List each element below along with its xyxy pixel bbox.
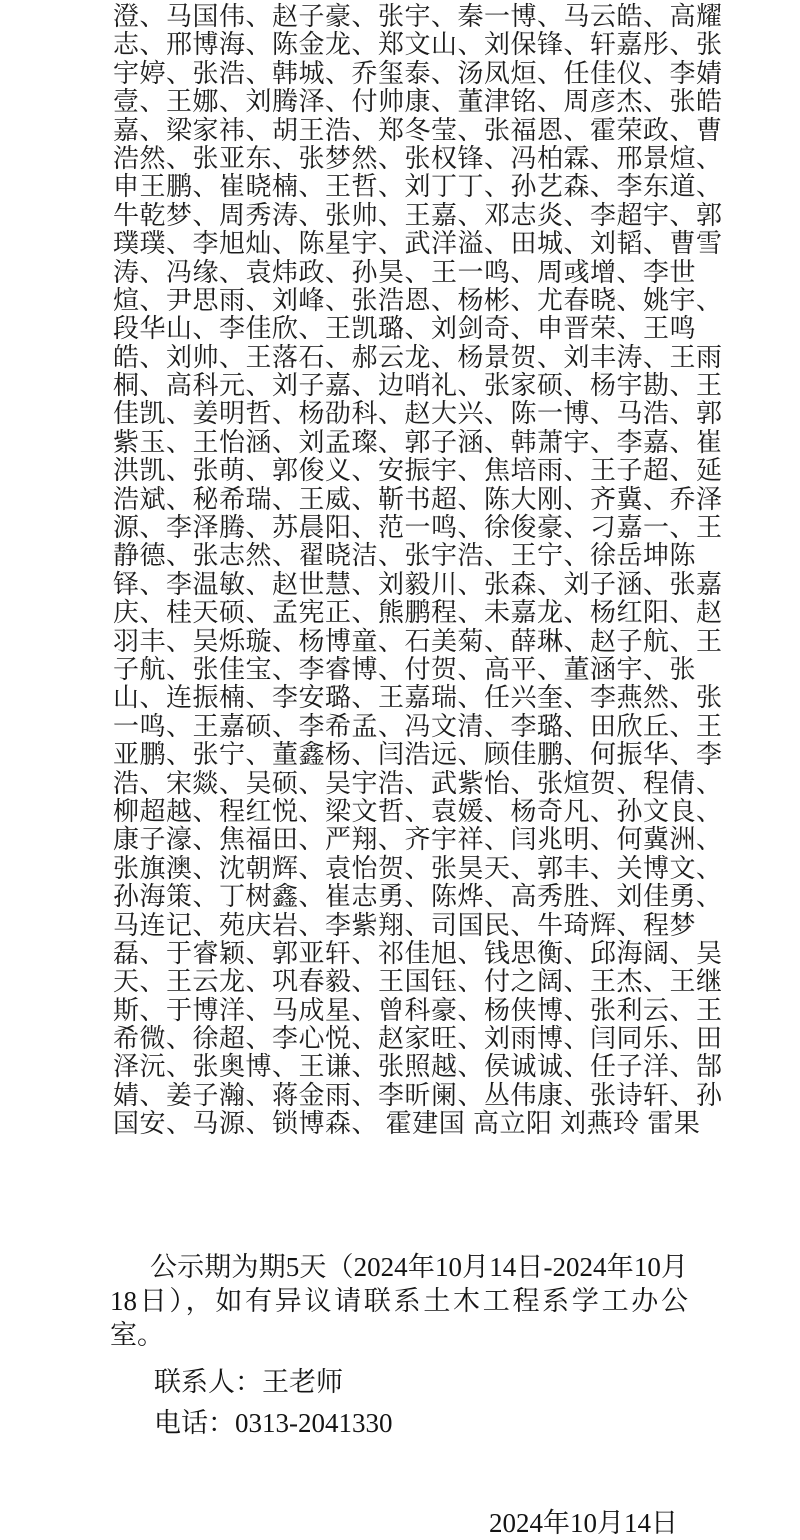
name-line: 静德、张志然、翟晓洁、张宇浩、王宁、徐岳坤陈 [113,541,685,569]
footer-date: 2024年10月14日 [113,1501,678,1540]
name-line: 浩然、张亚东、张梦然、张权锋、冯柏霖、邢景煊、 [113,144,685,172]
name-line: 孙海策、丁树鑫、崔志勇、陈烨、高秀胜、刘佳勇、 [113,882,685,910]
name-line: 柳超越、程红悦、梁文哲、袁媛、杨奇凡、孙文良、 [113,797,685,825]
name-line: 澄、马国伟、赵子豪、张宇、秦一博、马云皓、高耀 [113,2,685,30]
name-line: 源、李泽腾、苏晨阳、范一鸣、徐俊豪、刁嘉一、王 [113,513,685,541]
name-line: 山、连振楠、李安璐、王嘉瑞、任兴奎、李燕然、张 [113,683,685,711]
name-line: 桐、高科元、刘子嘉、边哨礼、张家硕、杨宇勘、王 [113,371,685,399]
name-line: 希微、徐超、李心悦、赵家旺、刘雨博、闫同乐、田 [113,1024,685,1052]
name-line: 铎、李温敏、赵世慧、刘毅川、张森、刘子涵、张嘉 [113,570,685,598]
name-line: 嘉、梁家祎、胡王浩、郑冬莹、张福恩、霍荣政、曹 [113,116,685,144]
notice-document-page: 澄、马国伟、赵子豪、张宇、秦一博、马云皓、高耀志、邢博海、陈金龙、郑文山、刘保锋… [0,0,800,1540]
name-line: 壹、王娜、刘腾泽、付帅康、董津铭、周彦杰、张皓 [113,87,685,115]
name-line: 天、王云龙、巩春毅、王国钰、付之阔、王杰、王继 [113,967,685,995]
name-line: 浩、宋燚、吴硕、吴宇浩、武紫怡、张煊贺、程倩、 [113,769,685,797]
name-line: 磊、于睿颖、郭亚轩、祁佳旭、钱思衡、邱海阔、吴 [113,939,685,967]
name-line: 佳凯、姜明哲、杨劭科、赵大兴、陈一博、马浩、郭 [113,399,685,427]
name-line: 段华山、李佳欣、王凯璐、刘剑奇、申晋荣、王鸣 [113,314,685,342]
name-line: 子航、张佳宝、李睿博、付贺、高平、董涵宇、张 [113,655,685,683]
name-line: 煊、尹思雨、刘峰、张浩恩、杨彬、尤春晓、姚宇、 [113,286,685,314]
name-line: 亚鹏、张宁、董鑫杨、闫浩远、顾佳鹏、何振华、李 [113,740,685,768]
name-line: 浩斌、秘希瑞、王威、靳书超、陈大刚、齐冀、乔泽 [113,485,685,513]
name-line: 羽丰、吴烁璇、杨博童、石美菊、薛琳、赵子航、王 [113,627,685,655]
name-line: 涛、冯缘、袁炜政、孙昊、王一鸣、周彧增、李世 [113,258,685,286]
name-line: 泽沅、张奥博、王谦、张照越、侯诚诚、任子洋、郜 [113,1052,685,1080]
name-line: 张旗澳、沈朝辉、袁怡贺、张昊天、郭丰、关博文、 [113,854,685,882]
name-line: 一鸣、王嘉硕、李希孟、冯文清、李璐、田欣丘、王 [113,712,685,740]
contact-person-line: 联系人：王老师 [110,1365,688,1399]
name-line: 斯、于博洋、马成星、曾科豪、杨侠博、张利云、王 [113,996,685,1024]
notice-paragraph: 公示期为期5天（2024年10月14日-2024年10月18日），如有异议请联系… [110,1250,688,1352]
name-line: 牛乾梦、周秀涛、张帅、王嘉、邓志炎、李超宇、郭 [113,201,685,229]
name-line: 宇婷、张浩、韩城、乔玺泰、汤凤烜、任佳仪、李婧 [113,59,685,87]
name-line: 庆、桂天硕、孟宪正、熊鹏程、未嘉龙、杨红阳、赵 [113,598,685,626]
name-line: 康子濠、焦福田、严翔、齐宇祥、闫兆明、何冀洲、 [113,825,685,853]
name-line: 志、邢博海、陈金龙、郑文山、刘保锋、轩嘉彤、张 [113,30,685,58]
name-line: 璞璞、李旭灿、陈星宇、武洋溢、田城、刘韬、曹雪 [113,229,685,257]
name-line: 婧、姜子瀚、蒋金雨、李昕阑、丛伟康、张诗轩、孙 [113,1081,685,1109]
name-line: 申王鹏、崔晓楠、王哲、刘丁丁、孙艺森、李东道、 [113,172,685,200]
name-line: 紫玉、王怡涵、刘孟璨、郭子涵、韩萧宇、李嘉、崔 [113,428,685,456]
name-line: 洪凯、张萌、郭俊义、安振宇、焦培雨、王子超、延 [113,456,685,484]
name-list: 澄、马国伟、赵子豪、张宇、秦一博、马云皓、高耀志、邢博海、陈金龙、郑文山、刘保锋… [113,2,685,1138]
contact-phone-line: 电话：0313-2041330 [110,1406,688,1440]
name-line: 国安、马源、锁博森、 霍建国 高立阳 刘燕玲 雷果 [113,1109,685,1137]
name-line: 皓、刘帅、王落石、郝云龙、杨景贺、刘丰涛、王雨 [113,343,685,371]
notice-block: 公示期为期5天（2024年10月14日-2024年10月18日），如有异议请联系… [110,1250,688,1440]
name-line: 马连记、苑庆岩、李紫翔、司国民、牛琦辉、程梦 [113,911,685,939]
